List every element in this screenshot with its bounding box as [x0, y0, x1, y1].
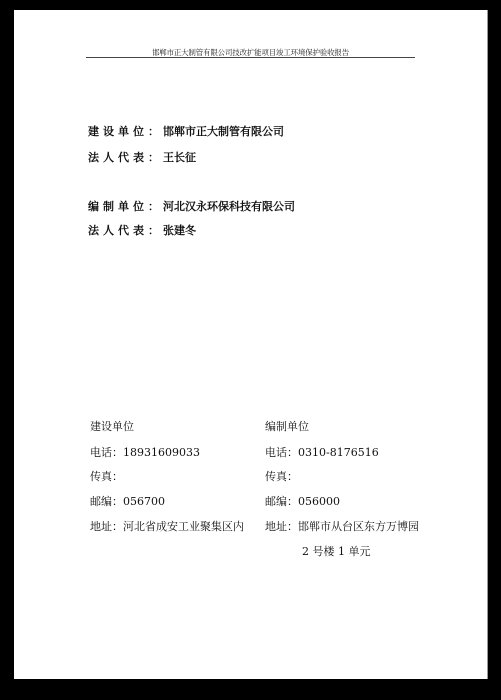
compiler-unit-label: 编制单位：	[88, 200, 163, 213]
compiler-rep-row: 法人代表：张建冬	[88, 222, 196, 238]
right-phone: 电话：0310-8176516	[265, 444, 379, 460]
left-address: 地址：河北省成安工业聚集区内	[90, 518, 244, 534]
construction-rep-label: 法人代表：	[88, 151, 163, 164]
construction-rep-value: 王长征	[163, 151, 196, 164]
header-rule	[86, 57, 415, 58]
construction-rep-row: 法人代表：王长征	[88, 149, 196, 165]
compiler-unit-value: 河北汉永环保科技有限公司	[163, 200, 295, 213]
right-heading: 编制单位	[265, 418, 309, 434]
left-fax: 传真：	[90, 468, 123, 484]
document-page: 邯郸市正大制管有限公司技改扩能项目竣工环境保护验收报告 建设单位：邯郸市正大制管…	[14, 10, 488, 679]
left-phone: 电话：18931609033	[90, 444, 200, 460]
left-postcode: 邮编：056700	[90, 493, 165, 509]
compiler-unit-row: 编制单位：河北汉永环保科技有限公司	[88, 198, 295, 214]
construction-unit-value: 邯郸市正大制管有限公司	[163, 125, 284, 138]
construction-unit-label: 建设单位：	[88, 125, 163, 138]
right-address: 地址：邯郸市从台区东方万博园	[265, 518, 419, 534]
right-postcode: 邮编：056000	[265, 493, 340, 509]
compiler-rep-value: 张建冬	[163, 224, 196, 237]
construction-unit-row: 建设单位：邯郸市正大制管有限公司	[88, 123, 284, 139]
right-address-line2: 2 号楼 1 单元	[302, 543, 371, 559]
compiler-rep-label: 法人代表：	[88, 224, 163, 237]
left-heading: 建设单位	[90, 418, 134, 434]
right-fax: 传真：	[265, 468, 298, 484]
